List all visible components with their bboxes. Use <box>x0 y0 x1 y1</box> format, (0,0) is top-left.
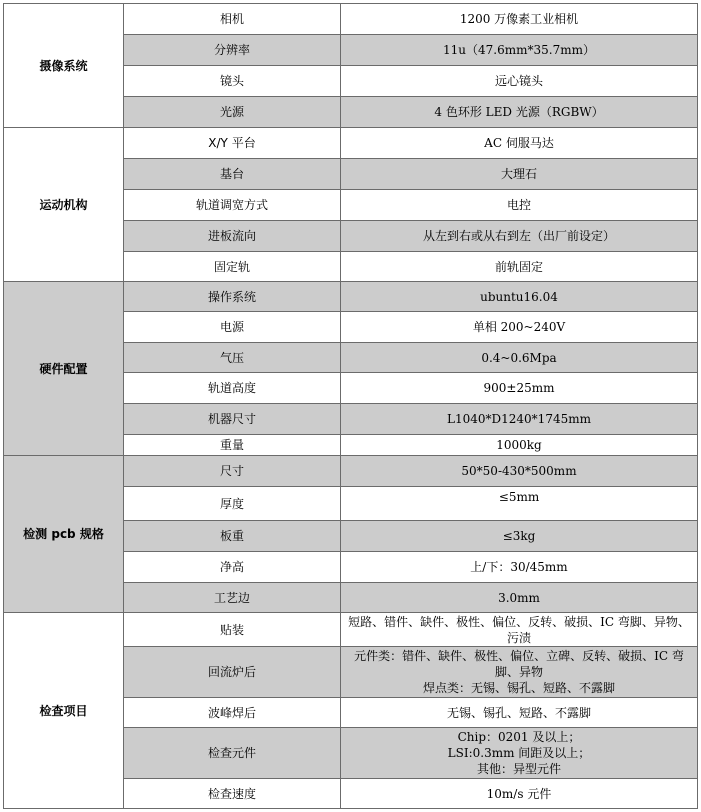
item-value-cell: 上/下：30/45mm <box>341 552 698 583</box>
value-line: Chip：0201 及以上； <box>345 729 693 745</box>
value-line: 元件类：错件、缺件、极性、偏位、立碑、反转、破损、IC 弯脚、异物 <box>345 648 693 680</box>
item-label-cell: 固定轨 <box>124 252 341 282</box>
item-value-cell: 从左到右或从右到左（出厂前设定） <box>341 221 698 252</box>
item-value-cell: 大理石 <box>341 159 698 190</box>
value-line: 50*50-430*500mm <box>345 463 693 479</box>
item-value-cell: 3.0mm <box>341 583 698 613</box>
item-value-cell: 1000kg <box>341 435 698 456</box>
item-value-cell: 1200 万像素工业相机 <box>341 4 698 35</box>
table-row: 硬件配置操作系统ubuntu16.04 <box>4 282 698 312</box>
item-value-cell: ≤5mm <box>341 487 698 521</box>
item-label-cell: 电源 <box>124 312 341 343</box>
item-label-cell: 轨道高度 <box>124 373 341 404</box>
item-value-cell: 电控 <box>341 190 698 221</box>
item-label-cell: 重量 <box>124 435 341 456</box>
value-line: 1000kg <box>345 437 693 453</box>
item-label-cell: 镜头 <box>124 66 341 97</box>
table-row: 检查项目贴装短路、错件、缺件、极性、偏位、反转、破损、IC 弯脚、异物、污渍 <box>4 613 698 647</box>
category-cell: 硬件配置 <box>4 282 124 456</box>
item-value-cell: 无锡、锡孔、短路、不露脚 <box>341 698 698 728</box>
item-value-cell: 远心镜头 <box>341 66 698 97</box>
value-line: 短路、错件、缺件、极性、偏位、反转、破损、IC 弯脚、异物、污渍 <box>345 614 693 646</box>
item-value-cell: 元件类：错件、缺件、极性、偏位、立碑、反转、破损、IC 弯脚、异物焊点类：无锡、… <box>341 647 698 698</box>
item-label-cell: 分辨率 <box>124 35 341 66</box>
value-line: 焊点类：无锡、锡孔、短路、不露脚 <box>345 680 693 696</box>
item-value-cell: ubuntu16.04 <box>341 282 698 312</box>
item-value-cell: 单相 200~240V <box>341 312 698 343</box>
table-row: 摄像系统相机1200 万像素工业相机 <box>4 4 698 35</box>
item-label-cell: 净高 <box>124 552 341 583</box>
item-label-cell: 光源 <box>124 97 341 128</box>
category-cell: 检测 pcb 规格 <box>4 456 124 613</box>
item-label-cell: 板重 <box>124 521 341 552</box>
value-line: 单相 200~240V <box>345 319 693 335</box>
value-line: 无锡、锡孔、短路、不露脚 <box>345 705 693 721</box>
item-label-cell: 轨道调宽方式 <box>124 190 341 221</box>
item-value-cell: ≤3kg <box>341 521 698 552</box>
item-value-cell: 短路、错件、缺件、极性、偏位、反转、破损、IC 弯脚、异物、污渍 <box>341 613 698 647</box>
item-label-cell: X/Y 平台 <box>124 128 341 159</box>
value-line: 其他：异型元件 <box>345 761 693 777</box>
value-line: 900±25mm <box>345 380 693 396</box>
item-label-cell: 操作系统 <box>124 282 341 312</box>
item-label-cell: 波峰焊后 <box>124 698 341 728</box>
value-line: 0.4~0.6Mpa <box>345 350 693 366</box>
spec-table-body: 摄像系统相机1200 万像素工业相机分辨率11u（47.6mm*35.7mm）镜… <box>4 4 698 809</box>
value-line: 4 色环形 LED 光源（RGBW） <box>345 104 693 120</box>
value-line: L1040*D1240*1745mm <box>345 411 693 427</box>
value-line: 11u（47.6mm*35.7mm） <box>345 42 693 58</box>
item-value-cell: 4 色环形 LED 光源（RGBW） <box>341 97 698 128</box>
value-line: ≤5mm <box>345 489 693 505</box>
item-value-cell: 0.4~0.6Mpa <box>341 343 698 373</box>
item-value-cell: 10m/s 元件 <box>341 779 698 809</box>
category-cell: 运动机构 <box>4 128 124 282</box>
value-line: 前轨固定 <box>345 259 693 275</box>
item-label-cell: 相机 <box>124 4 341 35</box>
item-value-cell: 900±25mm <box>341 373 698 404</box>
value-line: 1200 万像素工业相机 <box>345 11 693 27</box>
item-value-cell: 前轨固定 <box>341 252 698 282</box>
category-cell: 摄像系统 <box>4 4 124 128</box>
value-line: AC 伺服马达 <box>345 135 693 151</box>
spec-table: 摄像系统相机1200 万像素工业相机分辨率11u（47.6mm*35.7mm）镜… <box>3 3 698 809</box>
value-line: ubuntu16.04 <box>345 289 693 305</box>
value-line: 从左到右或从右到左（出厂前设定） <box>345 228 693 244</box>
item-value-cell: L1040*D1240*1745mm <box>341 404 698 435</box>
value-line: ≤3kg <box>345 528 693 544</box>
item-label-cell: 贴装 <box>124 613 341 647</box>
item-label-cell: 厚度 <box>124 487 341 521</box>
item-label-cell: 尺寸 <box>124 456 341 487</box>
item-value-cell: AC 伺服马达 <box>341 128 698 159</box>
table-row: 运动机构X/Y 平台AC 伺服马达 <box>4 128 698 159</box>
table-row: 检测 pcb 规格尺寸50*50-430*500mm <box>4 456 698 487</box>
item-value-cell: 50*50-430*500mm <box>341 456 698 487</box>
item-label-cell: 检查元件 <box>124 728 341 779</box>
item-value-cell: 11u（47.6mm*35.7mm） <box>341 35 698 66</box>
value-line: 3.0mm <box>345 590 693 606</box>
item-label-cell: 检查速度 <box>124 779 341 809</box>
value-line: 远心镜头 <box>345 73 693 89</box>
item-label-cell: 气压 <box>124 343 341 373</box>
item-label-cell: 机器尺寸 <box>124 404 341 435</box>
item-value-cell: Chip：0201 及以上；LSI:0.3mm 间距及以上；其他：异型元件 <box>341 728 698 779</box>
value-line: 电控 <box>345 197 693 213</box>
item-label-cell: 基台 <box>124 159 341 190</box>
value-line: LSI:0.3mm 间距及以上； <box>345 745 693 761</box>
item-label-cell: 进板流向 <box>124 221 341 252</box>
item-label-cell: 回流炉后 <box>124 647 341 698</box>
category-cell: 检查项目 <box>4 613 124 809</box>
item-label-cell: 工艺边 <box>124 583 341 613</box>
value-line: 10m/s 元件 <box>345 786 693 802</box>
value-line: 大理石 <box>345 166 693 182</box>
value-line: 上/下：30/45mm <box>345 559 693 575</box>
